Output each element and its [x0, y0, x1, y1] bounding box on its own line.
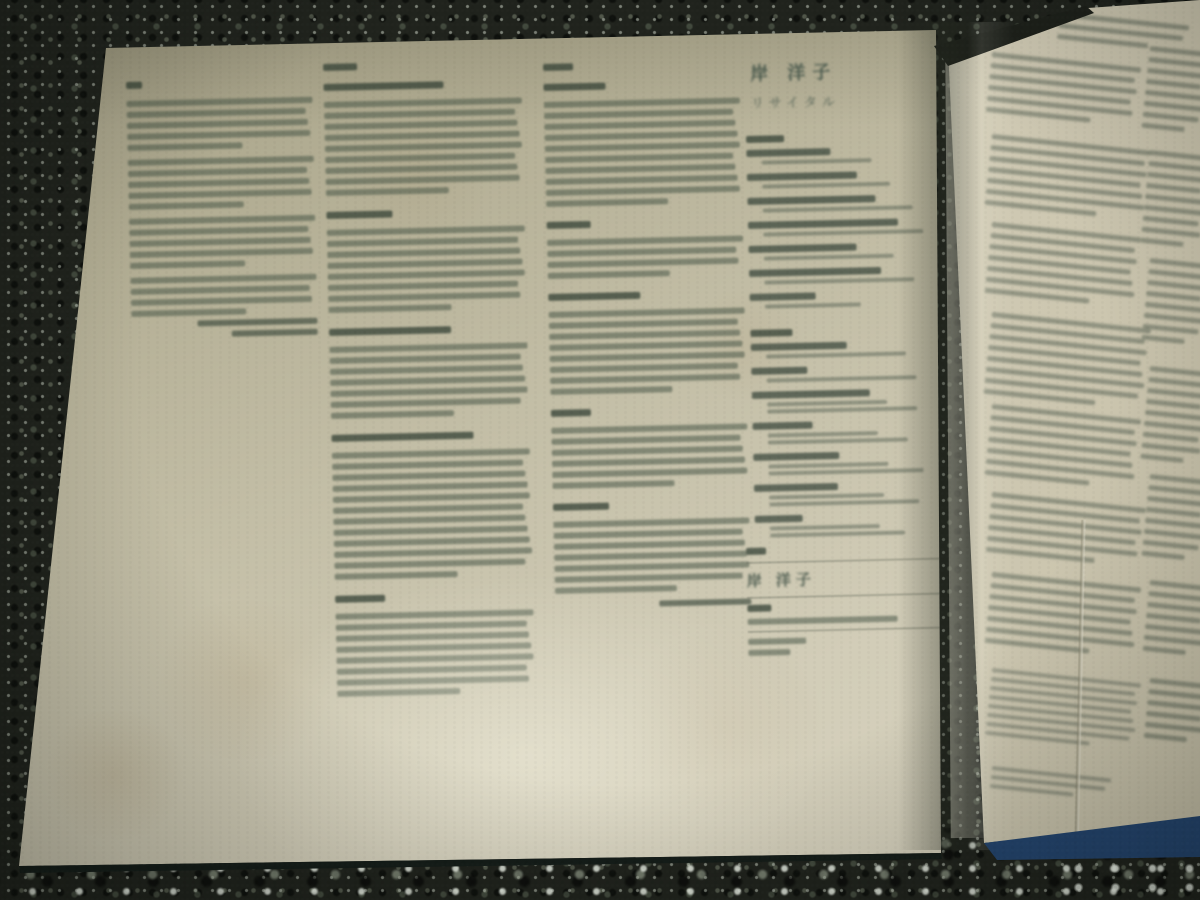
lyric-line: [1145, 518, 1200, 529]
lyric-line: [1149, 366, 1200, 377]
lyric-stanza: [1141, 474, 1200, 568]
lyric-stanza: [1143, 678, 1200, 750]
lyric-line: [1145, 410, 1200, 421]
lyric-line: [1148, 269, 1200, 280]
lyric-line: [1145, 302, 1200, 313]
lyric-line: [1149, 46, 1200, 57]
lyric-line: [1141, 335, 1184, 344]
lyric-line: [1144, 205, 1200, 216]
lyric-line: [1144, 421, 1200, 432]
lyric-line: [1148, 485, 1200, 496]
lyric-line: [1143, 646, 1186, 655]
lyric-stanza: [1141, 258, 1200, 352]
lyric-stanza: [1140, 150, 1200, 255]
lyric-line: [1146, 79, 1200, 90]
lyric-line: [1144, 733, 1187, 742]
lyric-line: [1146, 183, 1200, 194]
lyric-line: [1145, 194, 1200, 205]
lyric-line: [1149, 678, 1200, 689]
lyric-line: [1147, 602, 1200, 613]
photo-of-record-insert: 岸 洋子 リサイタル 岸 洋子: [0, 0, 1200, 900]
lyric-line: [1145, 722, 1200, 733]
lyric-line: [1057, 34, 1148, 48]
lyric-line: [1148, 377, 1200, 388]
lyric-line: [1143, 112, 1199, 123]
lyric-line: [1144, 529, 1200, 540]
lyric-line: [1147, 68, 1200, 79]
lyric-line: [1148, 161, 1200, 172]
lyric-line: [1146, 399, 1200, 410]
lyric-line: [1143, 540, 1199, 551]
lyric-line: [1145, 90, 1200, 101]
lyric-line: [1149, 150, 1200, 161]
lyric-line: [1148, 689, 1200, 700]
lyric-line: [1147, 172, 1200, 183]
lyric-line: [1146, 507, 1200, 518]
lyric-line: [1140, 238, 1183, 247]
lyric-line: [1146, 613, 1200, 624]
lyric-stanza: [1141, 46, 1200, 140]
lyric-line: [1146, 291, 1200, 302]
lyric-line: [1147, 496, 1200, 507]
lyric-line: [1147, 280, 1200, 291]
lyric-line: [1149, 580, 1200, 591]
lyric-line: [1149, 474, 1200, 485]
lyric-line: [1148, 591, 1200, 602]
lyric-line: [1141, 443, 1200, 454]
lyric-line: [1144, 635, 1200, 646]
lyric-line: [1146, 711, 1200, 722]
lyric-line: [1145, 624, 1200, 635]
lyric-line: [1141, 123, 1184, 132]
lyric-line: [1148, 57, 1200, 68]
lyric-stanza: [1140, 366, 1200, 471]
lyric-line: [1144, 313, 1200, 324]
lyric-line: [1147, 700, 1200, 711]
lyric-line: [1147, 388, 1200, 399]
spine-fold-shadow: [898, 22, 1014, 850]
lyric-line: [1149, 258, 1200, 269]
lyric-stanza: [1142, 580, 1200, 663]
lyric-line: [1141, 227, 1200, 238]
lyric-line: [1143, 216, 1199, 227]
lyric-line: [1144, 101, 1200, 112]
lyric-line: [1143, 432, 1199, 443]
lyric-line: [1143, 324, 1199, 335]
lyric-line: [1141, 551, 1184, 560]
lyric-line: [1140, 454, 1183, 463]
